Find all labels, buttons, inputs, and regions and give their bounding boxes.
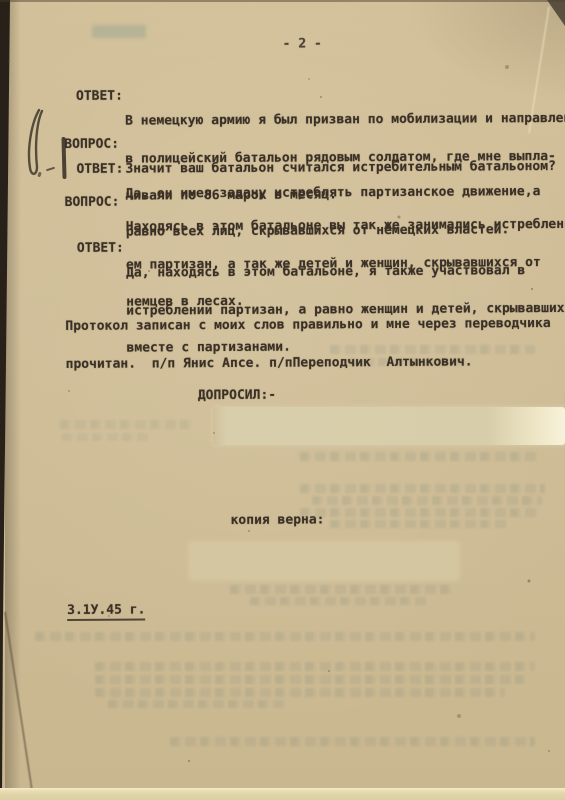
scanned-document-page: - 2 - ОТВЕТ: В немецкую армию я был приз… <box>0 0 565 800</box>
qa-line: Да, находясь в этом батальоне, я также у… <box>126 265 565 280</box>
qa-label: ОТВЕТ: <box>76 91 123 104</box>
certification-line: копия верна: <box>231 514 325 527</box>
page-number: - 2 - <box>283 38 322 51</box>
qa-line: В немецкую армию я был призван по мобили… <box>125 113 565 128</box>
interrogator-line: ДОПРОСИЛ:- <box>198 390 276 403</box>
qa-label: ОТВЕТ: <box>77 243 124 256</box>
date-value: 3.1У.45 г. <box>67 602 145 620</box>
typewritten-text-layer: - 2 - ОТВЕТ: В немецкую армию я был приз… <box>0 0 565 800</box>
qa-block: ВОПРОС: Находясь в этом батальоне вы так… <box>65 197 112 247</box>
qa-label: ВОПРОС: <box>64 139 119 152</box>
date-line: 3.1У.45 г. <box>67 604 145 617</box>
qa-block: ОТВЕТ: Да, находясь в этом батальоне, я … <box>77 243 124 293</box>
qa-label: ВОПРОС: <box>65 197 120 210</box>
closing-paragraph: Протокол записан с моих слов правильно и… <box>65 293 551 396</box>
qa-label: ОТВЕТ: <box>76 164 123 177</box>
qa-block: ОТВЕТ: В немецкую армию я был призван по… <box>76 91 123 141</box>
qa-line: Находясь в этом батальоне вы так же зани… <box>126 219 565 234</box>
closing-line: Протокол записан с моих слов правильно и… <box>65 318 550 333</box>
closing-line: прочитан. п/п Янис Апсе. п/пПереподчик А… <box>66 356 551 371</box>
